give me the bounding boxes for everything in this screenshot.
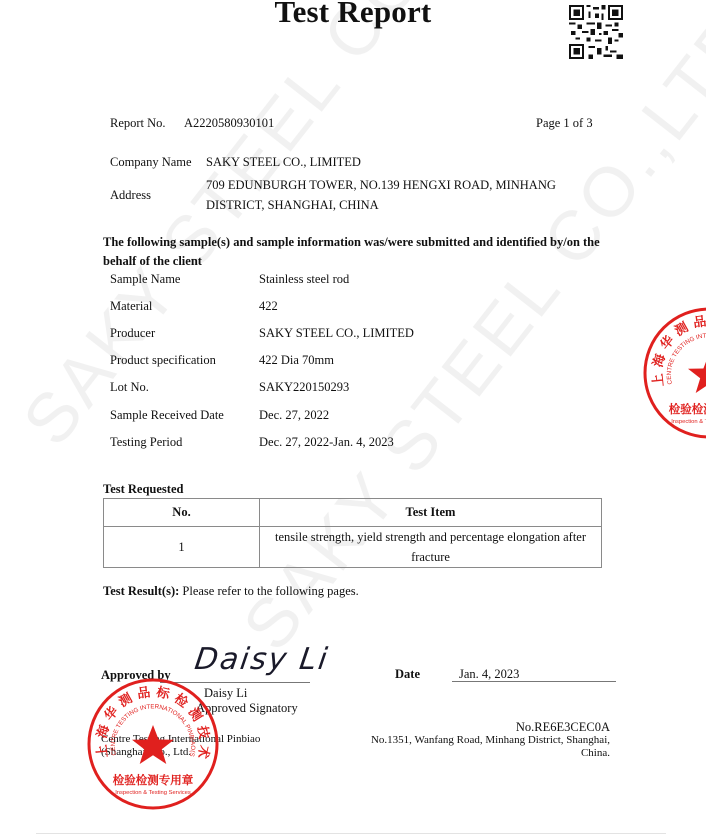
sample-info-label: Producer [110,326,155,341]
sample-info-value: Dec. 27, 2022-Jan. 4, 2023 [259,435,394,450]
address-line-1: 709 EDUNBURGH TOWER, NO.139 HENGXI ROAD,… [206,178,556,193]
sample-info-value: Dec. 27, 2022 [259,408,329,423]
date-line [452,681,616,682]
svg-text:检验检测专用章: 检验检测专用章 [669,402,706,416]
report-no-value: A2220580930101 [184,116,274,131]
sample-info-label: Material [110,299,152,314]
signature-line [160,682,310,683]
sample-info-value: 422 [259,299,278,314]
certificate-no: No.RE6E3CEC0A [516,720,610,735]
sample-intro: The following sample(s) and sample infor… [103,235,600,250]
page-indicator: Page 1 of 3 [536,116,593,131]
signatory-title: Approved Signatory [196,701,298,716]
sample-info-label: Testing Period [110,435,182,450]
company-name-label: Company Name [110,155,192,170]
sample-info-label: Product specification [110,353,216,368]
address-label: Address [110,188,151,203]
sample-intro-cont: behalf of the client [103,254,202,269]
svg-text:CENTRE TESTING INTERNATIONAL P: CENTRE TESTING INTERNATIONAL PINBIAO(SHA… [642,306,706,386]
table-row: 1 tensile strength, yield strength and p… [104,527,602,568]
qr-code-icon[interactable] [569,5,623,59]
issuer-name-line-2: (Shanghai) Co., Ltd. [101,746,191,758]
issuer-address-line-2: China. [581,747,610,759]
sample-info-label: Sample Received Date [110,408,224,423]
issuer-address-line-1: No.1351, Wanfang Road, Minhang District,… [371,734,610,746]
test-no-cell: 1 [104,527,260,568]
star-icon [688,354,706,393]
test-item-line: fracture [266,547,595,567]
report-no-label: Report No. [110,116,166,131]
sample-info-value: 422 Dia 70mm [259,353,334,368]
test-result-text: Please refer to the following pages. [179,584,358,598]
test-item-line: tensile strength, yield strength and per… [266,527,595,547]
date-value: Jan. 4, 2023 [459,667,519,682]
test-requested-table: No. Test Item 1 tensile strength, yield … [103,498,602,568]
svg-text:Inspection & Testing Services: Inspection & Testing Services [115,790,191,796]
partial-stamp: 上海华测品标检测技术有限公司 CENTRE TESTING INTERNATIO… [642,306,706,440]
test-result-label: Test Result(s): [103,584,179,598]
column-header-test-item: Test Item [260,499,602,527]
signature: Daisy Li [193,642,332,677]
date-label: Date [395,667,420,682]
sample-info-label: Lot No. [110,380,149,395]
svg-text:Inspection & Testing Services: Inspection & Testing Services [671,419,706,425]
approved-by-label: Approved by [101,668,171,683]
test-requested-heading: Test Requested [103,482,183,497]
svg-text:检验检测专用章: 检验检测专用章 [113,773,194,787]
table-header-row: No. Test Item [104,499,602,527]
sample-info-value: Stainless steel rod [259,272,349,287]
issuer-name-line-1: Centre Testing International Pinbiao [101,733,260,745]
column-header-no: No. [104,499,260,527]
test-result: Test Result(s): Please refer to the foll… [103,584,359,599]
address-line-2: DISTRICT, SHANGHAI, CHINA [206,198,379,213]
sample-info-value: SAKY STEEL CO., LIMITED [259,326,414,341]
sample-info-value: SAKY220150293 [259,380,349,395]
signatory-name: Daisy Li [204,686,247,701]
footer-divider [36,833,666,834]
company-name-value: SAKY STEEL CO., LIMITED [206,155,361,170]
test-item-cell: tensile strength, yield strength and per… [260,527,602,568]
sample-info-label: Sample Name [110,272,180,287]
svg-text:上海华测品标检测技术有限公司: 上海华测品标检测技术有限公司 [642,306,706,394]
